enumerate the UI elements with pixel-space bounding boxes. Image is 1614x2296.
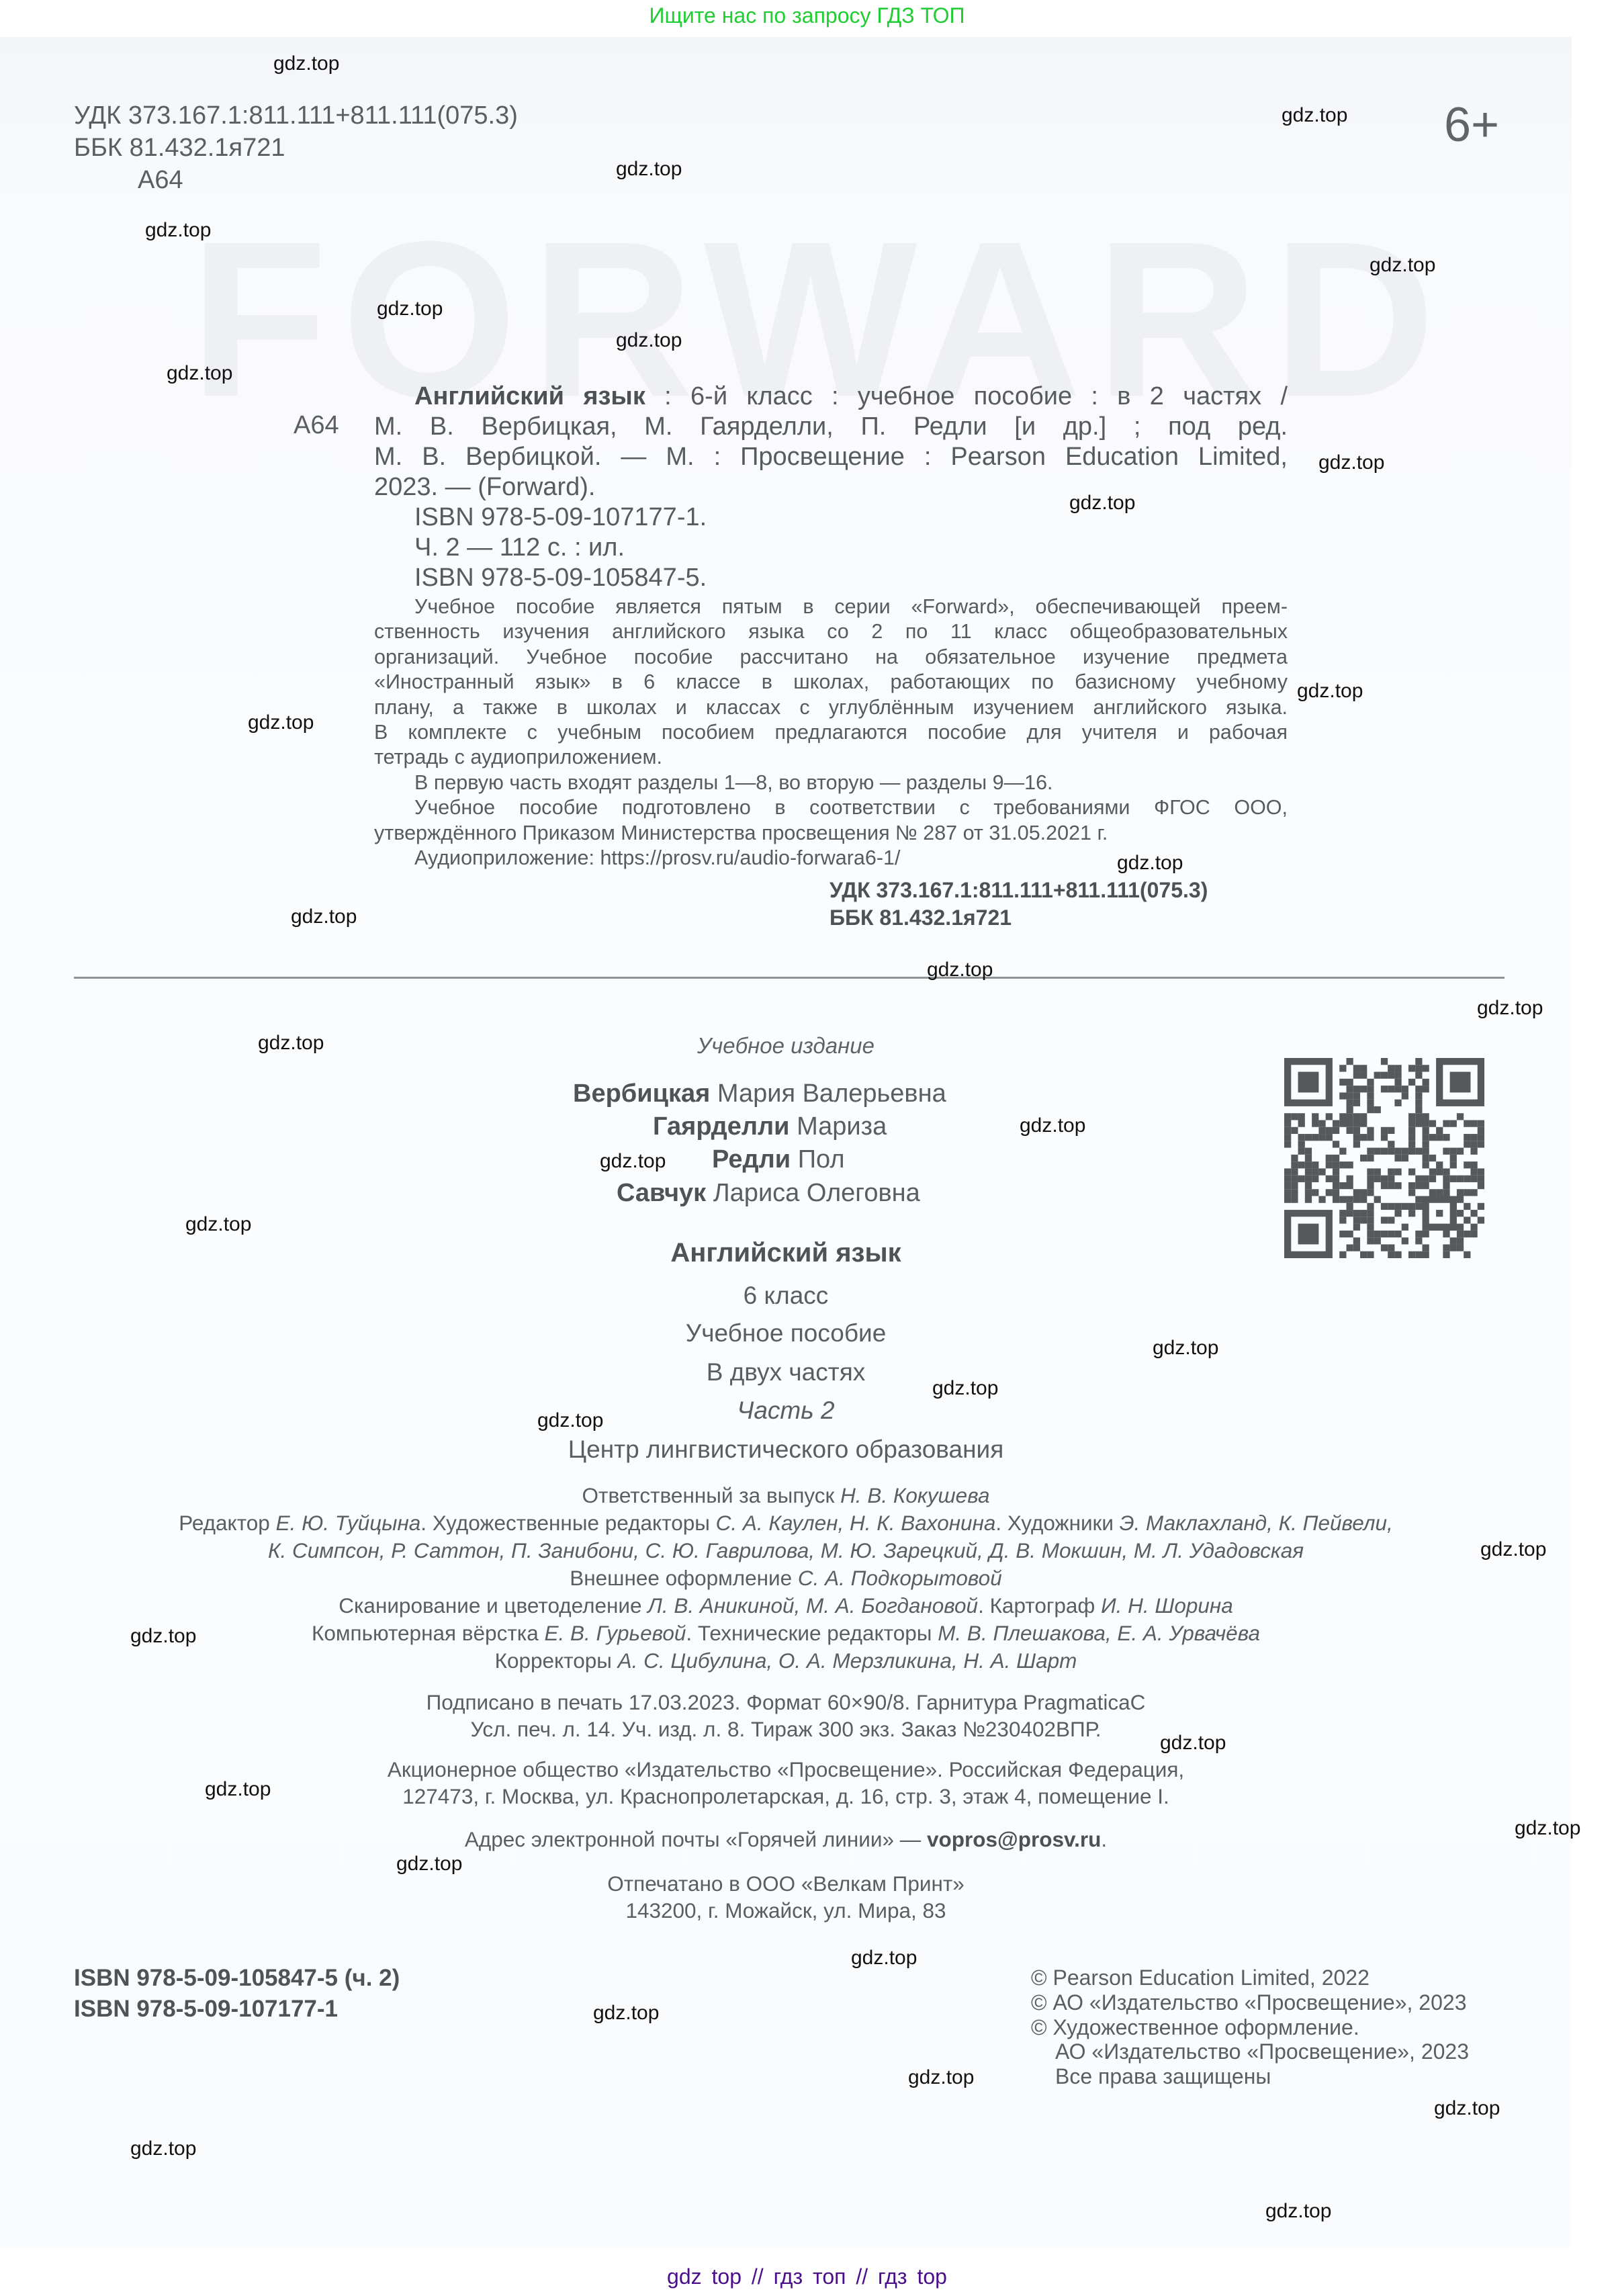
watermark: gdz.top xyxy=(1117,852,1183,875)
watermark: gdz.top xyxy=(291,906,357,928)
watermark: gdz.top xyxy=(1318,451,1384,474)
copyright-line: © Pearson Education Limited, 2022 xyxy=(1031,1966,1469,1990)
age-rating: 6+ xyxy=(1444,97,1499,152)
printer-info: Отпечатано в ООО «Велкам Принт» 143200, … xyxy=(0,1870,1572,1924)
watermark: gdz.top xyxy=(932,1377,998,1400)
watermark: gdz.top xyxy=(1069,492,1135,515)
credits: Ответственный за выпуск Н. В. Кокушева Р… xyxy=(0,1482,1572,1675)
author-2: Гаярделли Мариза xyxy=(653,1112,887,1141)
annotation-parts: В первую часть входят разделы 1—8, во вт… xyxy=(374,770,1288,795)
watermark: gdz.top xyxy=(167,362,232,385)
watermark: gdz.top xyxy=(1297,680,1363,703)
watermark: gdz.top xyxy=(593,2002,659,2025)
credit-editors: Редактор Е. Ю. Туйцына. Художественные р… xyxy=(0,1509,1572,1537)
bib-publisher-line: М. В. Вербицкой. — М. : Просвещение : Pe… xyxy=(374,442,1288,472)
annotation-line: тетрадь с аудиоприложением. xyxy=(374,745,1288,770)
parts-count: В двух частях xyxy=(0,1358,1572,1386)
watermark: gdz.top xyxy=(248,711,314,734)
watermark: gdz.top xyxy=(273,52,339,75)
isbn-set: ISBN 978-5-09-107177-1 xyxy=(74,1994,400,2025)
watermark: gdz.top xyxy=(1480,1538,1546,1561)
hotline-email: Адрес электронной почты «Горячей линии» … xyxy=(0,1826,1572,1853)
signed-to-print: Подписано в печать 17.03.2023. Формат 60… xyxy=(0,1689,1572,1716)
classification-bold: УДК 373.167.1:811.111+811.111(075.3) ББК… xyxy=(830,877,1208,932)
udk-code-bold: УДК 373.167.1:811.111+811.111(075.3) xyxy=(830,877,1208,904)
printer-address: 143200, г. Можайск, ул. Мира, 83 xyxy=(0,1897,1572,1924)
annotation-line: В комплекте с учебным пособием предлагаю… xyxy=(374,720,1288,745)
watermark: gdz.top xyxy=(1153,1337,1218,1360)
bbk-code-bold: ББК 81.432.1я721 xyxy=(830,904,1208,932)
bib-isbn-part: ISBN 978-5-09-105847-5. xyxy=(374,563,1288,593)
watermark: gdz.top xyxy=(1515,1817,1580,1840)
copyright-line: Все права защищены xyxy=(1031,2064,1469,2089)
bbk-code: ББК 81.432.1я721 xyxy=(74,132,518,164)
annotation-line: «Иностранный язык» в 6 классе в школах, … xyxy=(374,670,1288,695)
print-sheets: Усл. печ. л. 14. Уч. изд. л. 8. Тираж 30… xyxy=(0,1716,1572,1742)
watermark: gdz.top xyxy=(1160,1732,1226,1755)
watermark: gdz.top xyxy=(537,1409,603,1432)
watermark: gdz.top xyxy=(1020,1114,1085,1137)
credit-artists: К. Симпсон, Р. Саттон, П. Занибони, С. Ю… xyxy=(0,1537,1572,1564)
credit-scanning: Сканирование и цветоделение Л. В. Аникин… xyxy=(0,1592,1572,1620)
qr-code[interactable] xyxy=(1284,1058,1484,1258)
copyright-line: АО «Издательство «Просвещение», 2023 xyxy=(1031,2039,1469,2064)
author-mark: А64 xyxy=(74,164,518,196)
author-3: Редли Пол xyxy=(712,1145,845,1174)
background-ghost-title: FORWARD xyxy=(189,238,1409,400)
watermark: gdz.top xyxy=(205,1778,271,1801)
isbn-part: ISBN 978-5-09-105847-5 (ч. 2) xyxy=(74,1963,400,1994)
print-details: Подписано в печать 17.03.2023. Формат 60… xyxy=(0,1689,1572,1742)
credit-proofreaders: Корректоры А. С. Цибулина, О. А. Мерзлик… xyxy=(0,1647,1572,1675)
bib-pages: Ч. 2 — 112 с. : ил. xyxy=(374,533,1288,563)
isbn-block: ISBN 978-5-09-105847-5 (ч. 2) ISBN 978-5… xyxy=(74,1963,400,2025)
grade: 6 класс xyxy=(0,1282,1572,1310)
watermark: gdz.top xyxy=(600,1150,666,1173)
watermark: gdz.top xyxy=(1370,254,1435,277)
watermark: gdz.top xyxy=(145,219,211,242)
watermark: gdz.top xyxy=(616,158,682,181)
annotation-line: Учебное пособие является пятым в серии «… xyxy=(374,594,1288,619)
credit-layout: Компьютерная вёрстка Е. В. Гурьевой. Тех… xyxy=(0,1620,1572,1647)
copyright-block: © Pearson Education Limited, 2022 © АО «… xyxy=(1031,1966,1469,2089)
watermark: gdz.top xyxy=(1477,997,1543,1020)
top-classification: УДК 373.167.1:811.111+811.111(075.3) ББК… xyxy=(74,99,518,196)
credit-responsible: Ответственный за выпуск Н. В. Кокушева xyxy=(0,1482,1572,1509)
author-1: Вербицкая Мария Валерьевна xyxy=(573,1079,946,1108)
part-number: Часть 2 xyxy=(0,1397,1572,1425)
book-kind: Учебное пособие xyxy=(0,1319,1572,1348)
bib-title: Английский язык xyxy=(414,382,645,410)
annotation: Учебное пособие является пятым в серии «… xyxy=(374,594,1288,871)
watermark: gdz.top xyxy=(185,1213,251,1236)
edition-type: Учебное издание xyxy=(0,1033,1572,1059)
watermark: gdz.top xyxy=(1265,2200,1331,2223)
watermark: gdz.top xyxy=(258,1032,324,1055)
credit-design: Внешнее оформление С. А. Подкорытовой xyxy=(0,1564,1572,1592)
watermark: gdz.top xyxy=(616,329,682,352)
bib-title-line: Английский язык : 6-й класс : учебное по… xyxy=(374,382,1288,412)
copyright-line: © АО «Издательство «Просвещение», 2023 xyxy=(1031,1990,1469,2015)
annotation-line: плану, а также в школах и классах с углу… xyxy=(374,695,1288,720)
bib-isbn-set: ISBN 978-5-09-107177-1. xyxy=(374,502,1288,533)
watermark: gdz.top xyxy=(1282,104,1347,127)
annotation-fgos: Учебное пособие подготовлено в соответст… xyxy=(374,795,1288,820)
watermark: gdz.top xyxy=(851,1947,917,1970)
printer-name: Отпечатано в ООО «Велкам Принт» xyxy=(0,1870,1572,1897)
watermark: gdz.top xyxy=(377,298,443,320)
bib-authors-line: М. В. Вербицкая, М. Гаярделли, П. Редли … xyxy=(374,412,1288,442)
copyright-line: © Художественное оформление. xyxy=(1031,2015,1469,2040)
watermark: gdz.top xyxy=(1434,2097,1500,2120)
bib-year-line: 2023. — (Forward). xyxy=(374,472,1288,502)
bibliographic-record: Английский язык : 6-й класс : учебное по… xyxy=(374,382,1288,593)
annotation-fgos: утверждённого Приказом Министерства прос… xyxy=(374,821,1288,846)
email-link[interactable]: vopros@prosv.ru xyxy=(927,1827,1101,1851)
publishing-center: Центр лингвистического образования xyxy=(0,1436,1572,1464)
annotation-line: организаций. Учебное пособие рассчитано … xyxy=(374,645,1288,670)
watermark: gdz.top xyxy=(927,959,993,981)
watermark: gdz.top xyxy=(396,1853,462,1875)
search-banner[interactable]: Ищите нас по запросу ГДЗ ТОП xyxy=(0,0,1614,31)
bib-author-mark: А64 xyxy=(294,411,339,440)
site-footer-links[interactable]: gdz top // гдз топ // гдз top xyxy=(0,2261,1614,2292)
watermark: gdz.top xyxy=(130,2137,196,2160)
author-4: Савчук Лариса Олеговна xyxy=(617,1179,920,1208)
watermark: gdz.top xyxy=(130,1625,196,1648)
annotation-line: ственность изучения английского языка со… xyxy=(374,619,1288,644)
section-divider xyxy=(74,977,1505,979)
udk-code: УДК 373.167.1:811.111+811.111(075.3) xyxy=(74,99,518,132)
watermark: gdz.top xyxy=(908,2066,974,2089)
